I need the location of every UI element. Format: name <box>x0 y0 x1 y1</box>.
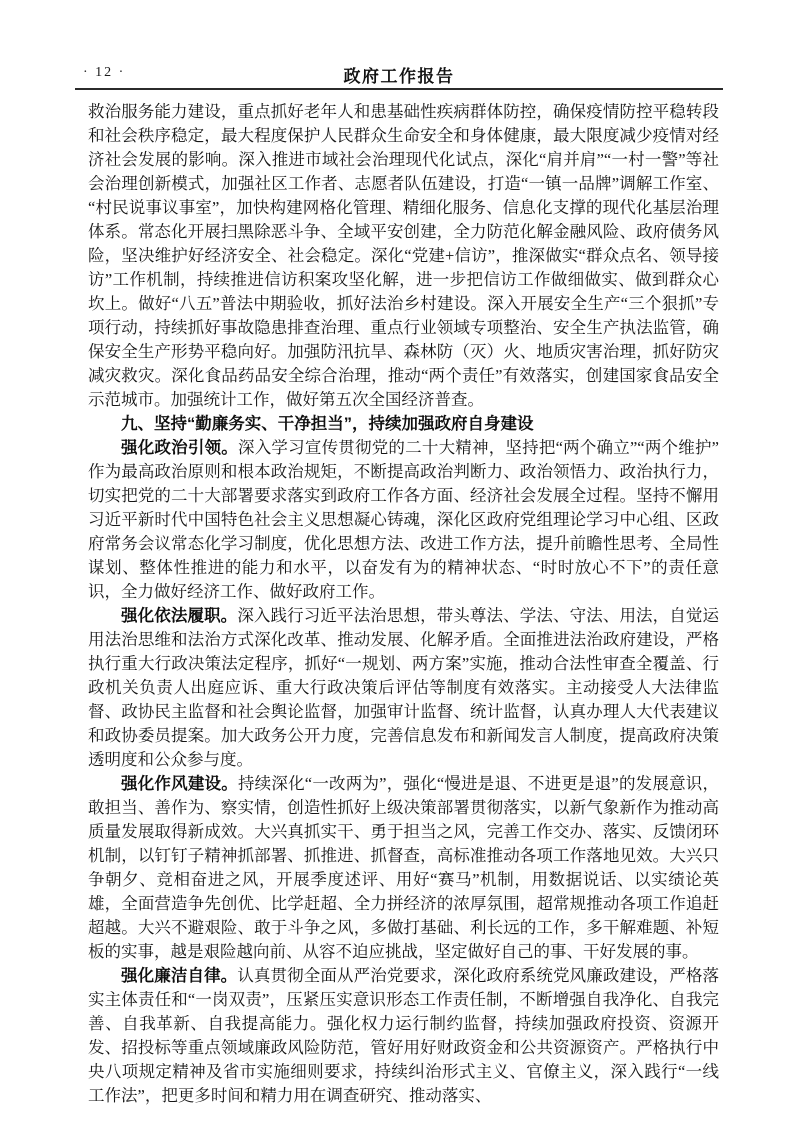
body-paragraph: 强化作风建设。持续深化“一改两为”，强化“慢进是退、不进更是退”的发展意识，敢担… <box>88 772 719 964</box>
paragraph-lead: 强化政治引领。 <box>121 439 238 457</box>
body-paragraph: 强化政治引领。深入学习宣传贯彻党的二十大精神，坚持把“两个确立”“两个维护”作为… <box>88 436 719 604</box>
page-header: · 12 · 政府工作报告 <box>75 62 723 86</box>
document-body: 救治服务能力建设，重点抓好老年人和患基础性疾病群体防控，确保疫情防控平稳转段和社… <box>88 100 719 1108</box>
document-title: 政府工作报告 <box>75 62 723 87</box>
paragraph-lead: 强化廉洁自律。 <box>121 967 237 985</box>
body-paragraph: 强化依法履职。深入践行习近平法治思想，带头尊法、学法、守法、用法，自觉运用法治思… <box>88 604 719 772</box>
section-heading: 九、坚持“勤廉务实、干净担当”，持续加强政府自身建设 <box>88 412 719 436</box>
header-rule <box>75 88 723 90</box>
body-paragraph: 强化廉洁自律。认真贯彻全面从严治党要求，深化政府系统党风廉政建设，严格落实主体责… <box>88 964 719 1108</box>
paragraph-lead: 强化依法履职。 <box>121 607 237 625</box>
paragraph-lead: 强化作风建设。 <box>121 775 238 793</box>
body-paragraph: 救治服务能力建设，重点抓好老年人和患基础性疾病群体防控，确保疫情防控平稳转段和社… <box>88 100 719 412</box>
document-page: · 12 · 政府工作报告 救治服务能力建设，重点抓好老年人和患基础性疾病群体防… <box>0 0 793 1122</box>
